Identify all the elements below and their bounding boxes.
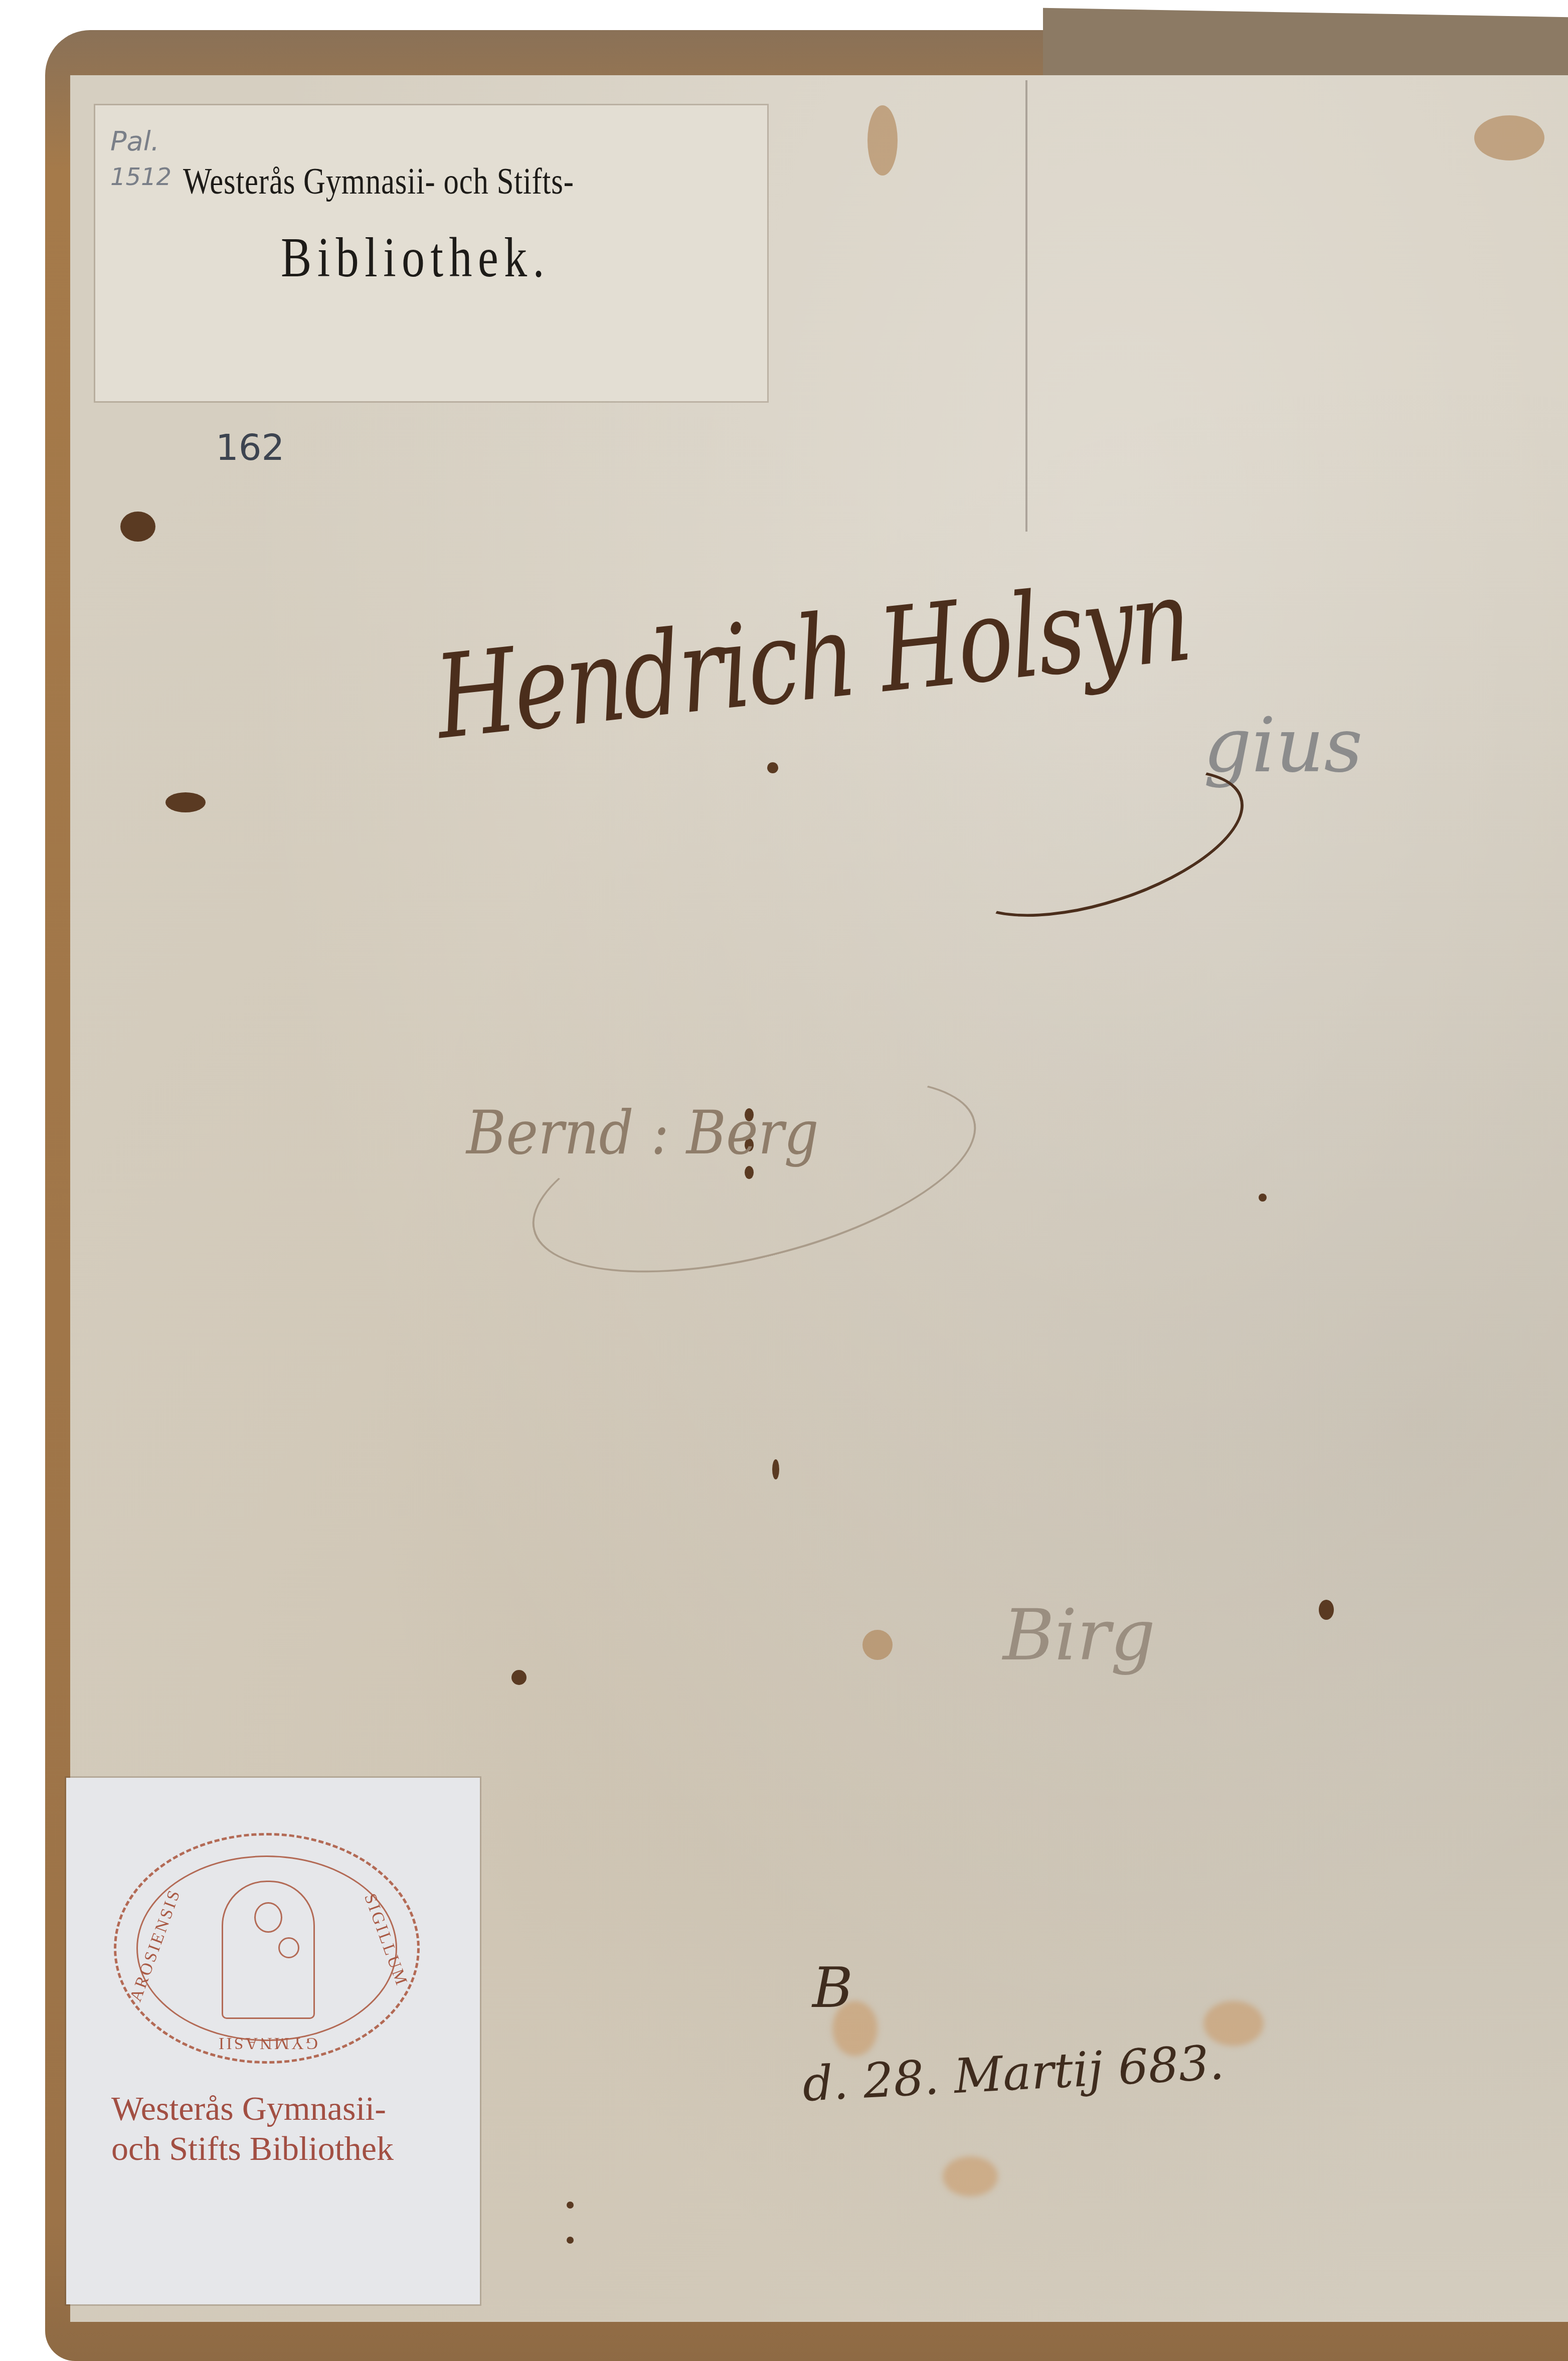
label-top-line2: Bibliothek. <box>281 226 550 290</box>
worm-hole <box>567 2237 574 2244</box>
stain-spot <box>943 2156 998 2197</box>
seal-emblem: AROSIENSIS SIGILLUM GYMNASII <box>114 1833 420 2064</box>
bookplate: AROSIENSIS SIGILLUM GYMNASII Westerås Gy… <box>66 1778 480 2304</box>
madonna-child-icon <box>222 1881 315 2019</box>
pencil-note-number: 1512 <box>110 163 171 191</box>
worm-hole <box>567 2202 574 2209</box>
bookplate-line1: Westerås Gymnasii- <box>111 2089 386 2128</box>
madonna-head-icon <box>254 1902 282 1933</box>
seal-legend-bottom: GYMNASII <box>217 2034 318 2053</box>
library-label-top: Pal. 1512 Westerås Gymnasii- och Stifts-… <box>95 105 767 401</box>
date-mark-letter: B <box>812 1956 853 2020</box>
label-top-line1: Westerås Gymnasii- och Stifts- <box>183 160 574 203</box>
stain-spot <box>1474 115 1544 160</box>
bookplate-line2: och Stifts Bibliothek <box>111 2129 394 2168</box>
stain-spot <box>1319 1600 1334 1620</box>
stain-spot <box>862 1630 893 1660</box>
faint-signature: Birg <box>1003 1595 1155 1676</box>
worm-hole <box>767 762 778 773</box>
stain-spot <box>511 1670 527 1685</box>
paper-crack <box>1025 80 1027 532</box>
owner-signature-pencil-suffix: gius <box>1203 702 1363 789</box>
worm-hole <box>1259 1194 1267 1202</box>
pencil-note-pal: Pal. <box>110 125 159 157</box>
faded-signature: Bernd : Berg <box>466 1098 819 1168</box>
worm-hole <box>772 1459 779 1479</box>
stain-spot <box>867 105 898 176</box>
stain-spot <box>120 512 155 542</box>
shelfmark-number: 162 <box>216 426 284 468</box>
stain-spot <box>165 792 206 812</box>
child-head-icon <box>278 1937 299 1958</box>
